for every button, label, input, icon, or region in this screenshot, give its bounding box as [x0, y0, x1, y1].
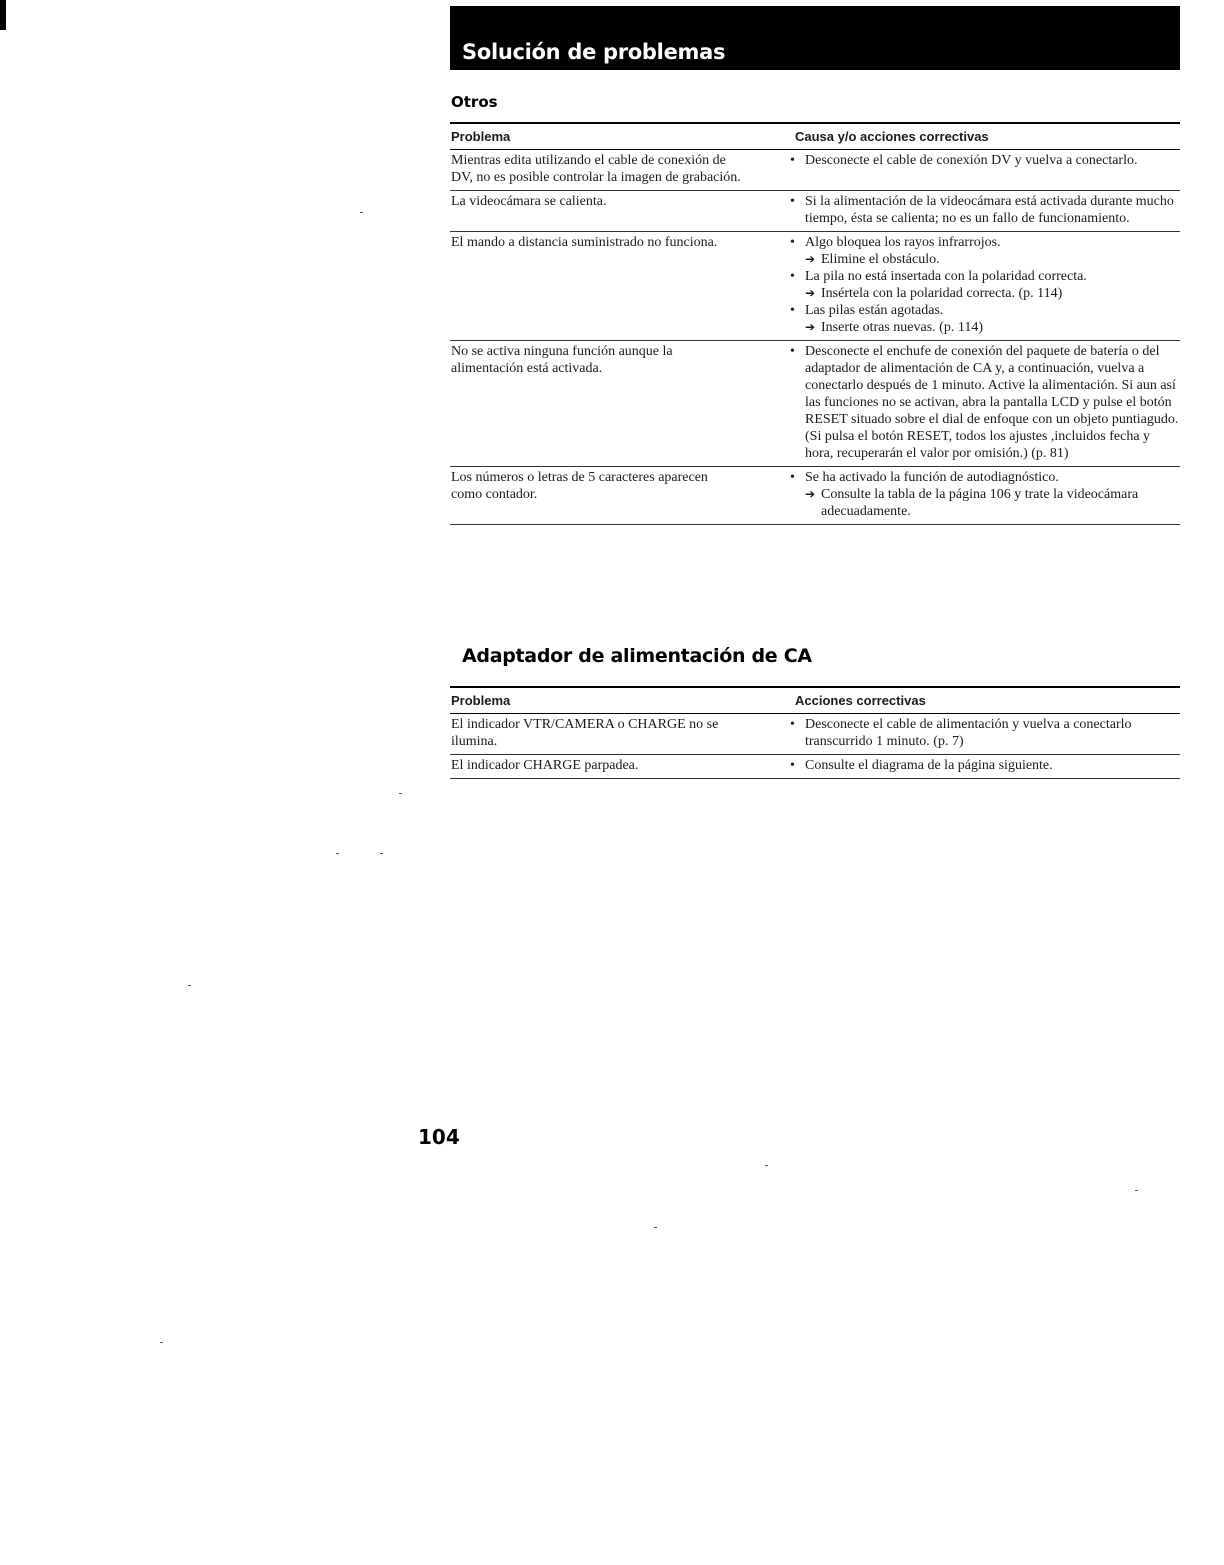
scan-speck — [360, 212, 363, 213]
arrow-right-icon: ➔ — [805, 251, 815, 268]
solution-item: •La pila no está insertada con la polari… — [805, 268, 1180, 302]
corrective-step: ➔Consulte la tabla de la página 106 y tr… — [805, 486, 1180, 520]
scan-speck — [654, 1227, 657, 1228]
problem-cell: El indicador VTR/CAMERA o CHARGE no se i… — [450, 714, 771, 755]
table-row: El indicador CHARGE parpadea.•Consulte e… — [450, 755, 1180, 779]
solution-text: Desconecte el cable de conexión DV y vue… — [805, 153, 1137, 168]
bullet-icon: • — [790, 343, 795, 360]
corrective-step-text: Elimine el obstáculo. — [821, 252, 940, 267]
problem-cell: Los números o letras de 5 caracteres apa… — [450, 467, 771, 525]
column-header-acciones: Acciones correctivas — [771, 687, 1180, 714]
arrow-right-icon: ➔ — [805, 486, 815, 503]
problem-cell: El indicador CHARGE parpadea. — [450, 755, 771, 779]
solution-list: •Desconecte el cable de alimentación y v… — [805, 716, 1180, 750]
solution-list: •Algo bloquea los rayos infrarrojos.➔Eli… — [805, 234, 1180, 336]
solution-item: •Consulte el diagrama de la página sigui… — [805, 757, 1180, 774]
scan-speck — [1135, 1190, 1138, 1191]
scan-speck — [399, 793, 402, 794]
problem-cell: El mando a distancia suministrado no fun… — [450, 232, 771, 341]
solution-text: Algo bloquea los rayos infrarrojos. — [805, 235, 1001, 250]
table-header-row: Problema Causa y/o acciones correctivas — [450, 123, 1180, 150]
corrective-step-text: Insértela con la polaridad correcta. (p.… — [821, 286, 1062, 301]
scan-speck — [765, 1165, 768, 1166]
adaptador-heading: Adaptador de alimentación de CA — [462, 645, 812, 667]
column-header-problema: Problema — [450, 687, 771, 714]
solution-cell: •Desconecte el enchufe de conexión del p… — [771, 341, 1180, 467]
table-row: El mando a distancia suministrado no fun… — [450, 232, 1180, 341]
otros-heading: Otros — [451, 93, 498, 111]
solution-cell: •Consulte el diagrama de la página sigui… — [771, 755, 1180, 779]
table-row: El indicador VTR/CAMERA o CHARGE no se i… — [450, 714, 1180, 755]
corrective-step: ➔Elimine el obstáculo. — [805, 251, 1180, 268]
problem-cell: Mientras edita utilizando el cable de co… — [450, 150, 771, 191]
arrow-right-icon: ➔ — [805, 319, 815, 336]
solution-list: •Desconecte el cable de conexión DV y vu… — [805, 152, 1180, 169]
corrective-step-text: Consulte la tabla de la página 106 y tra… — [821, 487, 1138, 519]
solution-text: Desconecte el cable de alimentación y vu… — [805, 717, 1132, 749]
solution-list: •Consulte el diagrama de la página sigui… — [805, 757, 1180, 774]
solution-cell: •Algo bloquea los rayos infrarrojos.➔Eli… — [771, 232, 1180, 341]
bullet-icon: • — [790, 234, 795, 251]
scan-edge-mark — [0, 0, 6, 30]
bullet-icon: • — [790, 152, 795, 169]
otros-table: Problema Causa y/o acciones correctivas … — [450, 122, 1180, 525]
corrective-step-text: Inserte otras nuevas. (p. 114) — [821, 320, 983, 335]
otros-table-body: Mientras edita utilizando el cable de co… — [450, 150, 1180, 525]
problem-cell: No se activa ninguna función aunque la a… — [450, 341, 771, 467]
bullet-icon: • — [790, 716, 795, 733]
bullet-icon: • — [790, 469, 795, 486]
solution-cell: •Se ha activado la función de autodiagnó… — [771, 467, 1180, 525]
solution-cell: •Desconecte el cable de alimentación y v… — [771, 714, 1180, 755]
page-number: 104 — [418, 1125, 460, 1149]
solution-text: Si la alimentación de la videocámara est… — [805, 194, 1174, 226]
table-row: Mientras edita utilizando el cable de co… — [450, 150, 1180, 191]
scan-speck — [380, 853, 383, 854]
solution-item: •Desconecte el enchufe de conexión del p… — [805, 343, 1180, 462]
column-header-problema: Problema — [450, 123, 771, 150]
scan-speck — [160, 1342, 163, 1343]
corrective-step: ➔Inserte otras nuevas. (p. 114) — [805, 319, 1180, 336]
page-title: Solución de problemas — [462, 40, 725, 64]
problem-cell: La videocámara se calienta. — [450, 191, 771, 232]
table-row: No se activa ninguna función aunque la a… — [450, 341, 1180, 467]
bullet-icon: • — [790, 302, 795, 319]
corrective-step: ➔Insértela con la polaridad correcta. (p… — [805, 285, 1180, 302]
solution-text: La pila no está insertada con la polarid… — [805, 269, 1087, 284]
table-row: La videocámara se calienta.•Si la alimen… — [450, 191, 1180, 232]
solution-cell: •Desconecte el cable de conexión DV y vu… — [771, 150, 1180, 191]
solution-text: Consulte el diagrama de la página siguie… — [805, 758, 1053, 773]
solution-item: •Si la alimentación de la videocámara es… — [805, 193, 1180, 227]
solution-item: •Algo bloquea los rayos infrarrojos.➔Eli… — [805, 234, 1180, 268]
solution-item: •Las pilas están agotadas.➔Inserte otras… — [805, 302, 1180, 336]
solution-list: •Se ha activado la función de autodiagnó… — [805, 469, 1180, 520]
solution-text: Se ha activado la función de autodiagnós… — [805, 470, 1059, 485]
scan-speck — [336, 853, 339, 854]
column-header-causa: Causa y/o acciones correctivas — [771, 123, 1180, 150]
solution-item: •Desconecte el cable de conexión DV y vu… — [805, 152, 1180, 169]
table-header-row: Problema Acciones correctivas — [450, 687, 1180, 714]
scan-speck — [188, 985, 191, 986]
solution-text: Desconecte el enchufe de conexión del pa… — [805, 344, 1178, 461]
bullet-icon: • — [790, 193, 795, 210]
solution-item: •Se ha activado la función de autodiagnó… — [805, 469, 1180, 520]
solution-list: •Si la alimentación de la videocámara es… — [805, 193, 1180, 227]
adaptador-table: Problema Acciones correctivas El indicad… — [450, 686, 1180, 779]
adaptador-table-body: El indicador VTR/CAMERA o CHARGE no se i… — [450, 714, 1180, 779]
solution-list: •Desconecte el enchufe de conexión del p… — [805, 343, 1180, 462]
solution-item: •Desconecte el cable de alimentación y v… — [805, 716, 1180, 750]
solution-text: Las pilas están agotadas. — [805, 303, 943, 318]
arrow-right-icon: ➔ — [805, 285, 815, 302]
table-row: Los números o letras de 5 caracteres apa… — [450, 467, 1180, 525]
section-title-bar: Solución de problemas — [450, 6, 1180, 70]
bullet-icon: • — [790, 268, 795, 285]
bullet-icon: • — [790, 757, 795, 774]
solution-cell: •Si la alimentación de la videocámara es… — [771, 191, 1180, 232]
